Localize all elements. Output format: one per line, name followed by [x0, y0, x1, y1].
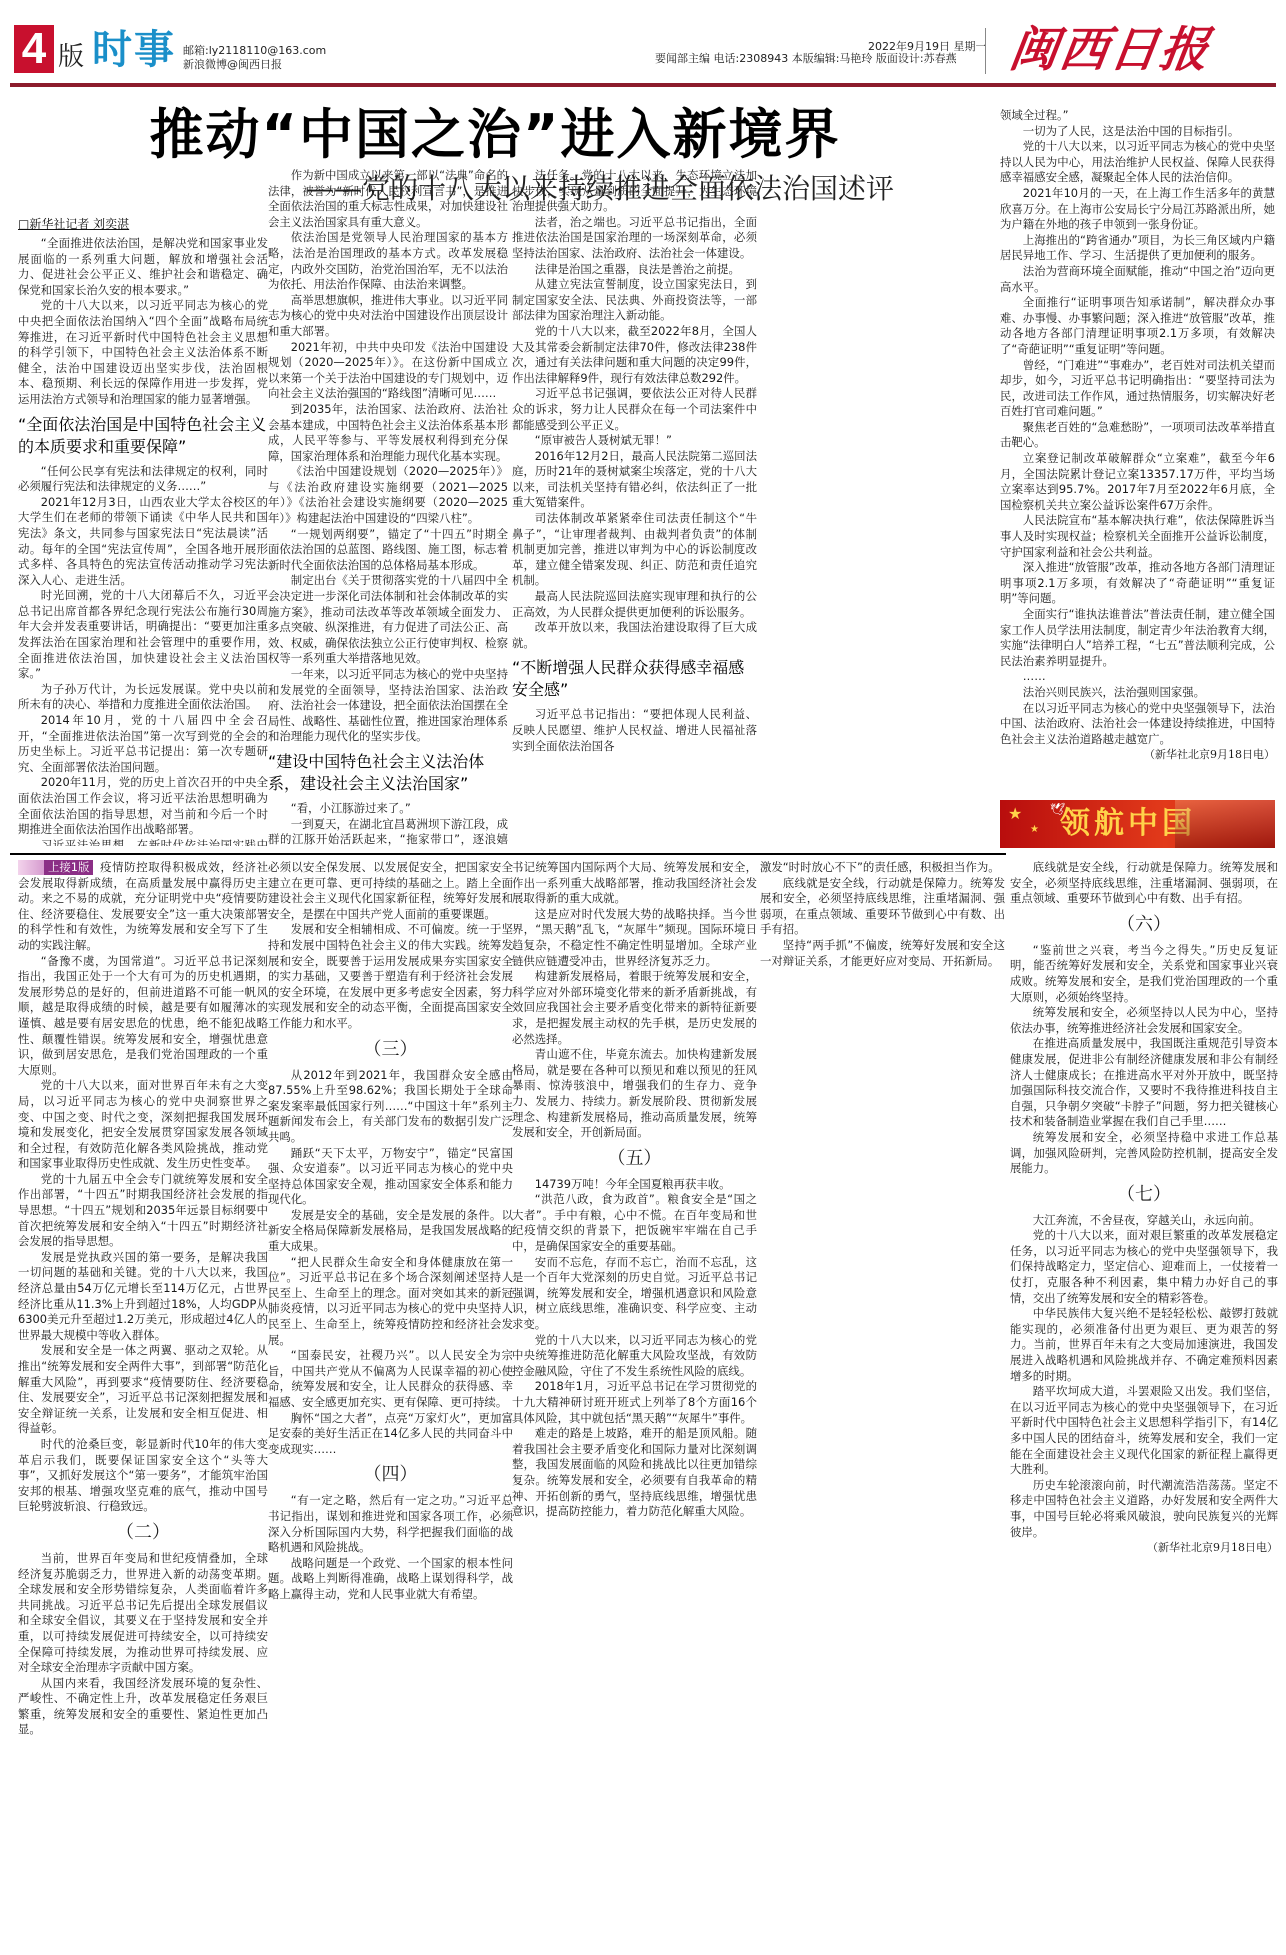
paragraph: 司法体制改革紧紧牵住司法责任制这个“牛鼻子”，“让审理者裁判、由裁判者负责”的体…	[512, 511, 757, 589]
paragraph: 在以习近平同志为核心的党中央坚强领导下，法治中国、法治政府、法治社会一体建设持续…	[1000, 701, 1275, 748]
continuation-column-5: 底线就是安全线，行动就是保障力。统筹发展和安全，必须坚持底线思维，注重堵漏洞、强…	[1010, 860, 1278, 1950]
email-link[interactable]: 邮箱:ly2118110@163.com	[183, 44, 326, 58]
paragraph: 统筹发展和安全，必须坚持以人民为中心，坚持依法办事，统筹推进经济社会发展和国家安…	[1010, 1005, 1278, 1036]
paragraph: 发展和安全是一体之两翼、驱动之双轮。从推出“统筹发展和安全两件大事”，到部署“防…	[18, 1343, 268, 1437]
masthead: 4 版 时事 邮箱:ly2118110@163.com 新浪微博@闽西日报 要闻…	[0, 0, 1286, 88]
article-headline: 推动“中国之治”进入新境界	[60, 100, 930, 170]
paragraph: 书记统筹国内国际两个大局、统筹发展和安全，作出一系列重大战略部署，推动我国经济社…	[512, 860, 757, 907]
paragraph: “全面推进依法治国，是解决党和国家事业发展面临的一系列重大问题，解放和增强社会活…	[18, 236, 268, 298]
continuation-column-1: 上接1版疫情防控取得积极成效，经济社会发展取得新成绩，在高质量发展中赢得历史主动…	[18, 860, 268, 1950]
paragraph: “洪范八政，食为政首”。粮食安全是“国之大者”。手中有粮，心中不慌。在百年变局和…	[512, 1192, 757, 1254]
paragraph: 战略问题是一个政党、一个国家的根本性问题。战略上判断得准确，战略上谋划得科学，战…	[268, 1556, 513, 1603]
paragraph: 习近平法治思想，在新时代依法治国实践中创立的重要思想，集中体现在依法治国在党和国…	[18, 838, 268, 846]
paragraph: 法治为营商环境全面赋能，推动“中国之治”迈向更高水平。	[1000, 264, 1275, 295]
paragraph: 从2012年到2021年，我国群众安全感由87.55%上升至98.62%；我国长…	[268, 1068, 513, 1146]
edition-label: 版	[58, 42, 84, 72]
paragraph: 大江奔流，不舍昼夜，穿越关山，永远向前。	[1010, 1213, 1278, 1229]
paragraph: 14739万吨！今年全国夏粮再获丰收。	[512, 1177, 757, 1193]
masthead-divider	[985, 28, 986, 74]
paragraph: 2020年11月，党的历史上首次召开的中央全面依法治国工作会议，将习近平法治思想…	[18, 775, 268, 837]
paragraph: 党的十八大以来，以习近平同志为核心的党中央把全面依法治国纳入“四个全面”战略布局…	[18, 298, 268, 407]
article-column-2: 作为新中国成立以来第一部以“法典”命名的法律，被誉为“新时代人民权利宣言书”，是…	[268, 168, 508, 846]
paragraph: 党的十八大以来，以习近平同志为核心的党中央坚持以人民为中心，用法治维护人民权益、…	[1000, 139, 1275, 186]
section-subhead: “建设中国特色社会主义法治体系，建设社会主义法治国家”	[268, 751, 508, 795]
paragraph: 作为新中国成立以来第一部以“法典”命名的法律，被誉为“新时代人民权利宣言书”，是…	[268, 168, 508, 230]
paragraph: 深入推进“放管服”改革，推动各地方各部门清理证明事项2.1万多项，有效解决了“奇…	[1000, 560, 1275, 607]
continuation-column-4: 激发“时时放心不下”的责任感，积极担当作为。 底线就是安全线，行动就是保障力。统…	[760, 860, 1005, 1950]
paragraph: 2016年12月2日，最高人民法院第二巡回法庭，历时21年的聂树斌案尘埃落定，党…	[512, 449, 757, 511]
jump-decoration	[18, 860, 44, 875]
paragraph: 难走的路是上坡路，难开的船是顶风船。随着我国社会主要矛盾变化和国际力量对比深刻调…	[512, 1426, 757, 1520]
paragraph: 《法治中国建设规划（2020—2025年）》与《法治政府建设实施纲要（2021—…	[268, 464, 508, 526]
paragraph: 发展和安全相辅相成、不可偏废。统一于坚持和发展中国特色社会主义的伟大实践。统筹发…	[268, 922, 513, 1031]
continuation-column-2: 必须以安全保发展、以发展促安全，把国家安全建立在更可靠、更可持续的基础之上。踏上…	[268, 860, 513, 1950]
paragraph: 法治兴则民族兴，法治强则国家强。	[1000, 685, 1275, 701]
section-number: （五）	[512, 1147, 757, 1171]
paragraph: 一年来，以习近平同志为核心的党中央坚持和发展党的全面领导，坚持法治国家、法治政府…	[268, 667, 508, 745]
paragraph: 一到夏天，在湖北宜昌葛洲坝下游江段，成群的江豚开始活跃起来，“拖家带口”，逐浪嬉…	[268, 817, 508, 846]
paragraph: “鉴前世之兴衰，考当今之得失。”历史反复证明，能否统筹好发展和安全，关系党和国家…	[1010, 943, 1278, 1005]
star-icon: ★	[1008, 804, 1022, 823]
paragraph: 法者，治之端也。习近平总书记指出，全面推进依法治国是国家治理的一场深刻革命，必须…	[512, 215, 757, 262]
section-number: （六）	[1010, 913, 1278, 937]
paragraph: 底线就是安全线，行动就是保障力。统筹发展和安全，必须坚持底线思维，注重堵漏洞、强…	[760, 876, 1005, 938]
weibo-label: 新浪微博@闽西日报	[183, 58, 326, 72]
dateline-signature: （新华社北京9月18日电）	[1000, 747, 1275, 763]
section-number: （七）	[1010, 1183, 1278, 1207]
paragraph: 全面推行“证明事项告知承诺制”，解决群众办事难、办事慢、办事繁问题；深入推进“放…	[1000, 295, 1275, 357]
paragraph: 发展是党执政兴国的第一要务，是解决我国一切问题的基础和关键。党的十八大以来，我国…	[18, 1250, 268, 1344]
paragraph: “有一定之略，然后有一定之功。”习近平总书记指出，谋划和推进党和国家各项工作，必…	[268, 1493, 513, 1555]
paragraph: 统筹发展和安全，必须坚持稳中求进工作总基调，加强风险研判，完善风险防控机制，提高…	[1010, 1130, 1278, 1177]
section-subhead: “不断增强人民群众获得感幸福感安全感”	[512, 657, 757, 701]
paragraph: 构建新发展格局，着眼于统筹发展和安全，科学应对外部环境变化带来的新矛盾新挑战，有…	[512, 969, 757, 1047]
article-column-4: 领域全过程。” 一切为了人民，这是法治中国的目标指引。 党的十八大以来，以习近平…	[1000, 108, 1275, 794]
paragraph: 领域全过程。”	[1000, 108, 1275, 124]
paragraph: 2014年10月，党的十八届四中全会召开，“全面推进依法治国”第一次写到党的全会…	[18, 713, 268, 775]
paragraph: 安而不忘危，存而不忘亡，治而不忘乱，这是一个百年大党深刻的历史自觉。习近平总书记…	[512, 1255, 757, 1333]
paragraph: “备豫不虞，为国常道”。习近平总书记深刻指出，我国正处于一个大有可为的历史机遇期…	[18, 954, 268, 1079]
paragraph: 立案登记制改革破解群众“立案难”，截至今年6月，全国法院累计登记立案13357.…	[1000, 451, 1275, 513]
paragraph: 依法治国是党领导人民治理国家的基本方略，法治是治国理政的基本方式。改革发展稳定，…	[268, 230, 508, 292]
paragraph: 习近平总书记强调，要依法公正对待人民群众的诉求，努力让人民群众在每一个司法案件中…	[512, 386, 757, 433]
paragraph: 全面实行“谁执法谁普法”普法责任制，建立健全国家工作人员学法用法制度，制定青少年…	[1000, 607, 1275, 669]
paragraph: 一切为了人民，这是法治中国的目标指引。	[1000, 124, 1275, 140]
newspaper-logo: 闽西日报	[1006, 22, 1214, 78]
article-column-3: 法任务。党的十八大以来，生态环境立法加快步伐，实现从量到质的全面提升，为生态环境…	[512, 168, 757, 846]
masthead-rule	[10, 83, 1276, 87]
paragraph: “国泰民安，社稷乃兴”。以人民安全为宗旨，中国共产党从不偏离为人民谋幸福的初心使…	[268, 1348, 513, 1410]
paragraph: 人民法院宣布“基本解决执行难”，依法保障胜诉当事人及时实现权益；检察机关全面推开…	[1000, 513, 1275, 560]
page-number-badge: 4	[14, 25, 54, 73]
paragraph: 法律是治国之重器，良法是善治之前提。	[512, 262, 757, 278]
section-subhead: “全面依法治国是中国特色社会主义的本质要求和重要保障”	[18, 414, 268, 458]
section-title: 时事	[92, 26, 176, 74]
paragraph: 发展是安全的基础，安全是发展的条件。以新安全格局保障新发展格局，是我国发展战略的…	[268, 1208, 513, 1255]
paragraph: 历史车轮滚滚向前，时代潮流浩浩荡荡。坚定不移走中国特色社会主义道路，办好发展和安…	[1010, 1478, 1278, 1540]
paragraph: 到2035年，法治国家、法治政府、法治社会基本建成，中国特色社会主义法治体系基本…	[268, 402, 508, 464]
paragraph: 激发“时时放心不下”的责任感，积极担当作为。	[760, 860, 1005, 876]
paragraph: 党的十八大以来，截至2022年8月，全国人大及其常委会新制定法律70件，修改法律…	[512, 324, 757, 386]
paragraph: 青山遮不住，毕竟东流去。加快构建新发展格局，就是要在各种可以预见和难以预见的狂风…	[512, 1047, 757, 1141]
paragraph: 党的十九届五中全会专门就统筹发展和安全作出部署，“十四五”时期我国经济社会发展的…	[18, 1172, 268, 1250]
paragraph: 踏平坎坷成大道，斗罢艰险又出发。我们坚信，在以习近平同志为核心的党中央坚强领导下…	[1010, 1384, 1278, 1478]
paragraph: 党的十八大以来，面对艰巨繁重的改革发展稳定任务，以习近平同志为核心的党中央坚强领…	[1010, 1228, 1278, 1306]
paragraph: 上海推出的“跨省通办”项目，为长三角区域内户籍居民异地工作、学习、生活提供了更加…	[1000, 233, 1275, 264]
paragraph: 中华民族伟大复兴绝不是轻轻松松、敲锣打鼓就能实现的，必须准备付出更为艰巨、更为艰…	[1010, 1306, 1278, 1384]
paragraph: 制定出台《关于贯彻落实党的十八届四中全会决定进一步深化司法体制和社会体制改革的实…	[268, 573, 508, 667]
paragraph: 坚持“两手抓”不偏废，统筹好发展和安全这一对辩证关系，才能更好应对变局、开拓新局…	[760, 938, 1005, 969]
editor-credits: 要闻部主编 电话:2308943 本版编辑:马艳玲 版面设计:苏春燕	[655, 52, 957, 66]
paragraph: 时代的沧桑巨变，彰显新时代10年的伟大变革启示我们，既要保证国家安全这个“头等大…	[18, 1437, 268, 1515]
dateline-signature: （新华社北京9月18日电）	[1010, 1540, 1278, 1556]
article-column-1: “全面推进依法治国，是解决党和国家事业发展面临的一系列重大问题，解放和增强社会活…	[18, 236, 268, 846]
paragraph: 曾经，“门难进”“事难办”，老百姓对司法机关望而却步，如今，习近平总书记明确指出…	[1000, 358, 1275, 420]
paragraph: 必须以安全保发展、以发展促安全，把国家安全建立在更可靠、更可持续的基础之上。踏上…	[268, 860, 513, 922]
issue-date: 2022年9月19日 星期一	[868, 40, 987, 54]
paragraph: “看，小江豚游过来了。”	[268, 801, 508, 817]
paragraph: “一规划两纲要”，锚定了“十四五”时期全面依法治国的总蓝图、路线图、施工图，标志…	[268, 527, 508, 574]
paragraph: 为子孙万代计，为长远发展谋。党中央以前所未有的决心、举措和力度推进全面依法治国。	[18, 682, 268, 713]
paragraph: 在推进高质量发展中，我国既注重规范引导资本健康发展，促进非公有制经济健康发展和非…	[1010, 1036, 1278, 1130]
paragraph: 当前，世界百年变局和世纪疫情叠加，全球经济复苏脆弱乏力，世界进入新的动荡变革期。…	[18, 1551, 268, 1676]
paragraph: 改革开放以来，我国法治建设取得了巨大成就。	[512, 620, 757, 651]
paragraph: “原审被告人聂树斌无罪！”	[512, 433, 757, 449]
section-number: （二）	[18, 1521, 268, 1545]
paragraph: 这是应对时代发展大势的战略抉择。当今世界，“黑天鹅”乱飞，“灰犀牛”频现。国际环…	[512, 907, 757, 969]
paragraph: 习近平总书记指出：“要把体现人民利益、反映人民愿望、维护人民权益、增进人民福祉落…	[512, 707, 757, 754]
paragraph: 上接1版疫情防控取得积极成效，经济社会发展取得新成绩，在高质量发展中赢得历史主动…	[18, 860, 268, 954]
paragraph: 2021年初，中共中央印发《法治中国建设规划（2020—2025年）》。在这份新…	[268, 340, 508, 402]
paragraph: 踊跃“天下太平，万物安宁”，锚定“民富国强、众安道泰”。以习近平同志为核心的党中…	[268, 1146, 513, 1208]
paragraph: 最高人民法院巡回法庭实现审理和执行的公正高效，为人民群众提供更加便利的诉讼服务。	[512, 589, 757, 620]
paragraph: 聚焦老百姓的“急难愁盼”，一项项司法改革举措直击靶心。	[1000, 420, 1275, 451]
paragraph: ……	[1000, 669, 1275, 685]
great-wall-graphic	[1175, 800, 1275, 848]
section-divider	[10, 853, 1006, 855]
paragraph: 2018年1月，习近平总书记在学习贯彻党的十九大精神研讨班开班式上列举了8个方面…	[512, 1379, 757, 1426]
paragraph: 从建立宪法宣誓制度，设立国家宪法日，到制定国家安全法、民法典、外商投资法等，一部…	[512, 277, 757, 324]
paragraph: 从国内来看，我国经济发展环境的复杂性、严峻性、不确定性上升，改革发展稳定任务艰巨…	[18, 1676, 268, 1738]
paragraph: 党的十八大以来，以习近平同志为核心的党中央统筹推进防范化解重大风险攻坚战，有效防…	[512, 1333, 757, 1380]
byline: □新华社记者 刘奕湛	[18, 216, 129, 232]
paragraph: 时光回溯，党的十八大闭幕后不久，习近平总书记出席首都各界纪念现行宪法公布施行30…	[18, 588, 268, 682]
paragraph: 胸怀“国之大者”，点亮“万家灯火”，更加富足安泰的美好生活正在14亿多人民的共同…	[268, 1411, 513, 1458]
section-number: （四）	[268, 1463, 513, 1487]
section-number: （三）	[268, 1038, 513, 1062]
paragraph: 2021年10月的一天，在上海工作生活多年的黄慧欣喜万分。在上海市公安局长宁分局…	[1000, 186, 1275, 233]
paragraph: 底线就是安全线，行动就是保障力。统筹发展和安全，必须坚持底线思维，注重堵漏洞、强…	[1010, 860, 1278, 907]
paragraph: “任何公民享有宪法和法律规定的权利，同时必须履行宪法和法律规定的义务……”	[18, 464, 268, 495]
lingHang-china-banner: ★ ★ 🕊 领航中国	[1000, 800, 1275, 848]
paragraph: 2021年12月3日，山西农业大学太谷校区的大学生们在老师的带领下诵读《中华人民…	[18, 495, 268, 589]
paragraph: 高举思想旗帜，推进伟大事业。以习近平同志为核心的党中央对法治中国建设作出顶层设计…	[268, 293, 508, 340]
star-icon: ★	[1030, 824, 1039, 835]
continuation-column-3: 书记统筹国内国际两个大局、统筹发展和安全，作出一系列重大战略部署，推动我国经济社…	[512, 860, 757, 1950]
continued-from-page-1-label[interactable]: 上接1版	[44, 860, 93, 875]
paragraph: “把人民群众生命安全和身体健康放在第一位”。习近平总书记在多个场合深刻阐述坚持人…	[268, 1255, 513, 1349]
paragraph: 党的十八大以来，面对世界百年未有之大变局，以习近平同志为核心的党中央洞察世界之变…	[18, 1078, 268, 1172]
contact-info: 邮箱:ly2118110@163.com 新浪微博@闽西日报	[183, 44, 326, 72]
paragraph: 法任务。党的十八大以来，生态环境立法加快步伐，实现从量到质的全面提升，为生态环境…	[512, 168, 757, 215]
